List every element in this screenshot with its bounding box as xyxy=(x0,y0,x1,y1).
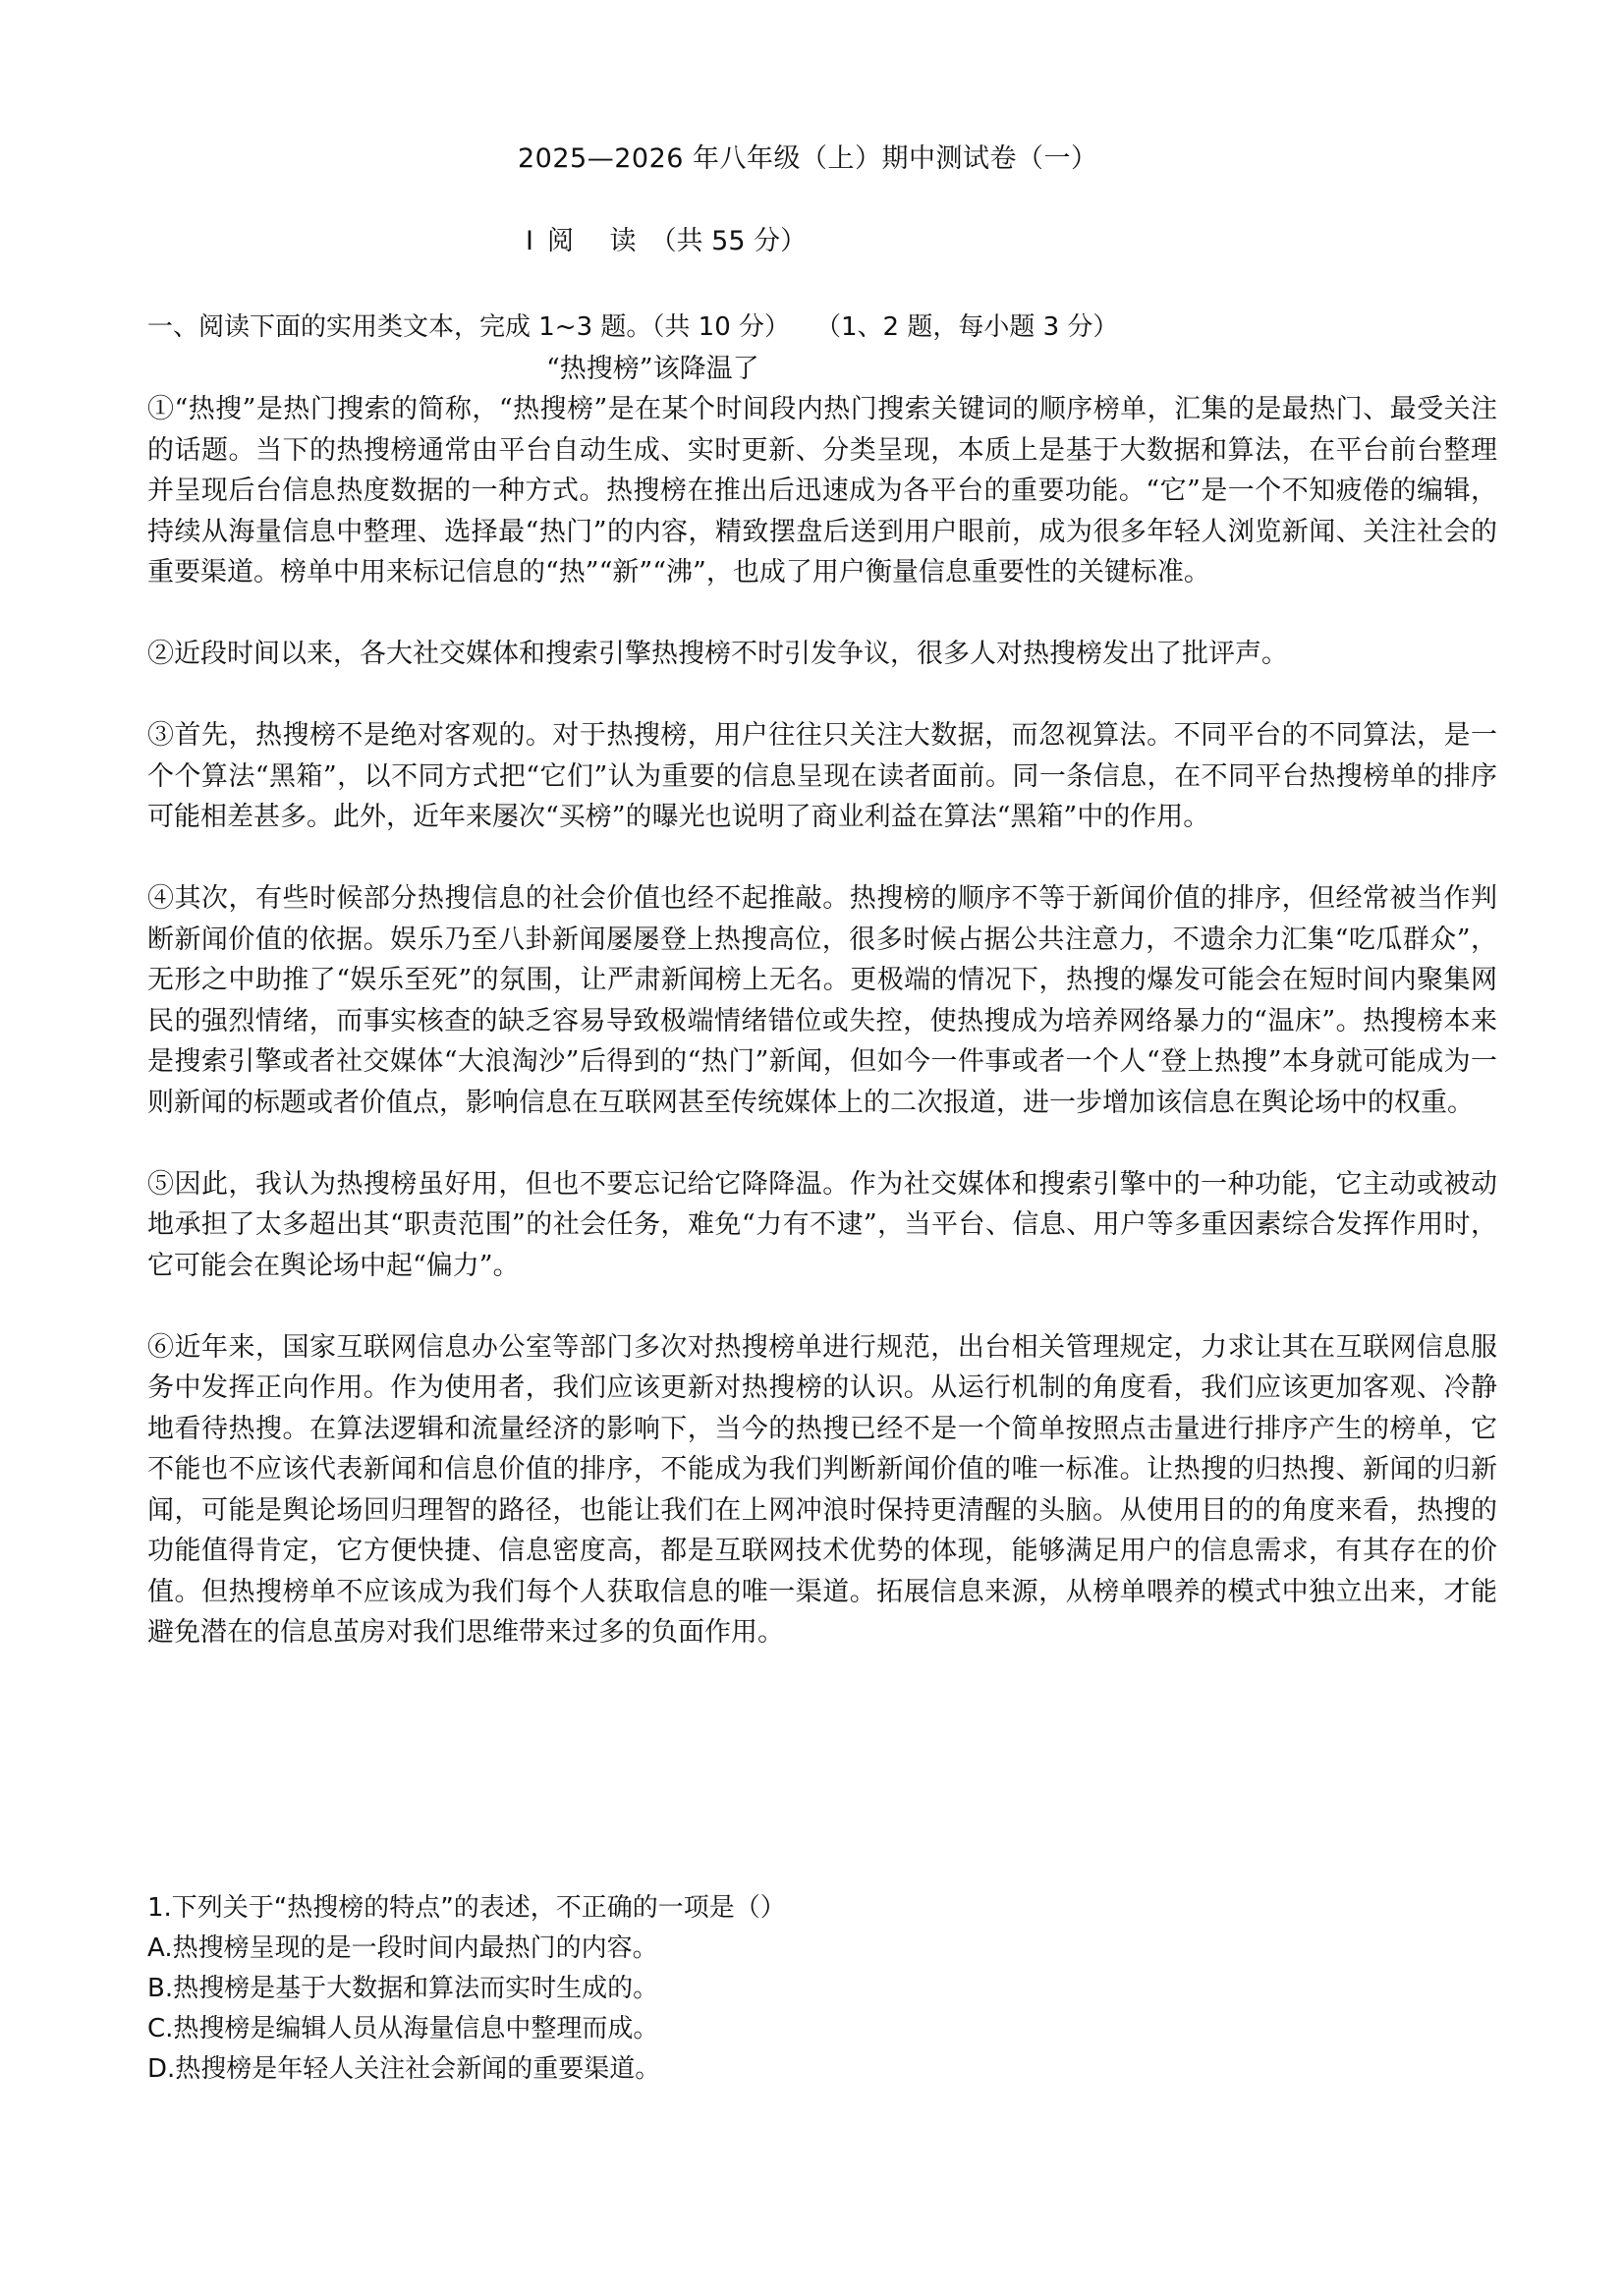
option-c[interactable]: C.热搜榜是编辑人员从海量信息中整理而成。 xyxy=(147,2009,1326,2049)
article-title: “热搜榜”该降温了 xyxy=(147,349,1497,390)
part-one-instruction: 一、阅读下面的实用类文本，完成 1~3 题。（共 10 分）（1、2 题，每小题… xyxy=(147,308,1497,349)
option-d[interactable]: D.热搜榜是年轻人关注社会新闻的重要渠道。 xyxy=(147,2049,1326,2090)
instruction-text: 一、阅读下面的实用类文本，完成 1~3 题。（共 10 分） xyxy=(147,312,790,342)
paragraph-2: ②近段时间以来，各大社交媒体和搜索引擎热搜榜不时引发争议，很多人对热搜榜发出了批… xyxy=(147,634,1497,675)
paragraph-6: ⑥近年来，国家互联网信息办公室等部门多次对热搜榜单进行规范，出台相关管理规定，力… xyxy=(147,1327,1497,1653)
question-1: 1.下列关于“热搜榜的特点”的表述，不正确的一项是（） A.热搜榜呈现的是一段时… xyxy=(147,1888,1326,2090)
paragraph-4: ④其次，有些时候部分热搜信息的社会价值也经不起推敲。热搜榜的顺序不等于新闻价值的… xyxy=(147,878,1497,1123)
section-heading: Ⅰ阅 读（共 55 分） xyxy=(526,222,807,261)
exam-title: 2025—2026 年八年级（上）期中测试卷（一） xyxy=(518,140,1098,179)
paragraph-1: ①“热搜”是热门搜索的简称，“热搜榜”是在某个时间段内热门搜索关键词的顺序榜单，… xyxy=(147,389,1497,593)
paragraph-3: ③首先，热搜榜不是绝对客观的。对于热搜榜，用户往往只关注大数据，而忽视算法。不同… xyxy=(147,715,1497,838)
section-number: Ⅰ xyxy=(526,226,533,256)
option-b[interactable]: B.热搜榜是基于大数据和算法而实时生成的。 xyxy=(147,1969,1326,2009)
question-stem: 1.下列关于“热搜榜的特点”的表述，不正确的一项是（） xyxy=(147,1888,1326,1929)
option-a[interactable]: A.热搜榜呈现的是一段时间内最热门的内容。 xyxy=(147,1929,1326,1969)
instruction-note: （1、2 题，每小题 3 分） xyxy=(815,312,1118,342)
reading-passage: 一、阅读下面的实用类文本，完成 1~3 题。（共 10 分）（1、2 题，每小题… xyxy=(147,308,1497,1694)
section-score: （共 55 分） xyxy=(650,226,808,256)
paragraph-5: ⑤因此，我认为热搜榜虽好用，但也不要忘记给它降降温。作为社交媒体和搜索引擎中的一… xyxy=(147,1164,1497,1287)
exam-page: 2025—2026 年八年级（上）期中测试卷（一） Ⅰ阅 读（共 55 分） 一… xyxy=(0,0,1623,2296)
section-name: 阅 读 xyxy=(547,226,650,256)
